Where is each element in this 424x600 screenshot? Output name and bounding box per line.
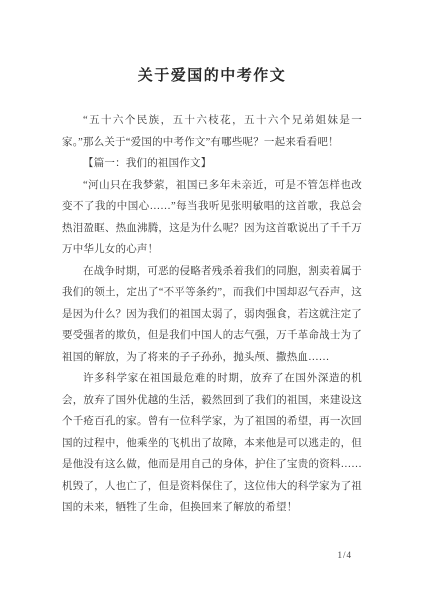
document-title: 关于爱国的中考作文 — [62, 64, 362, 85]
paragraph-war: 在战争时期，可恶的侵略者残杀着我们的同胞，割卖着属于我们的领土，定出了“不平等条… — [62, 261, 362, 369]
page-number: 1/4 — [337, 550, 352, 560]
paragraph-intro: “五十六个民族，五十六枝花，五十六个兄弟姐妹是一家。”那么关于“爱国的中考作文”… — [62, 110, 362, 153]
paragraph-song: “河山只在我梦萦，祖国已多年未亲近，可是不管怎样也改变不了我的中国心……”每当我… — [62, 175, 362, 261]
document-page: 关于爱国的中考作文 “五十六个民族，五十六枝花，五十六个兄弟姐妹是一家。”那么关… — [0, 0, 424, 600]
paragraph-scientists: 许多科学家在祖国最危难的时期，放弃了在国外深造的机会，放弃了国外优越的生活，毅然… — [62, 368, 362, 519]
section-heading: 【篇一：我们的祖国作文】 — [62, 153, 362, 175]
